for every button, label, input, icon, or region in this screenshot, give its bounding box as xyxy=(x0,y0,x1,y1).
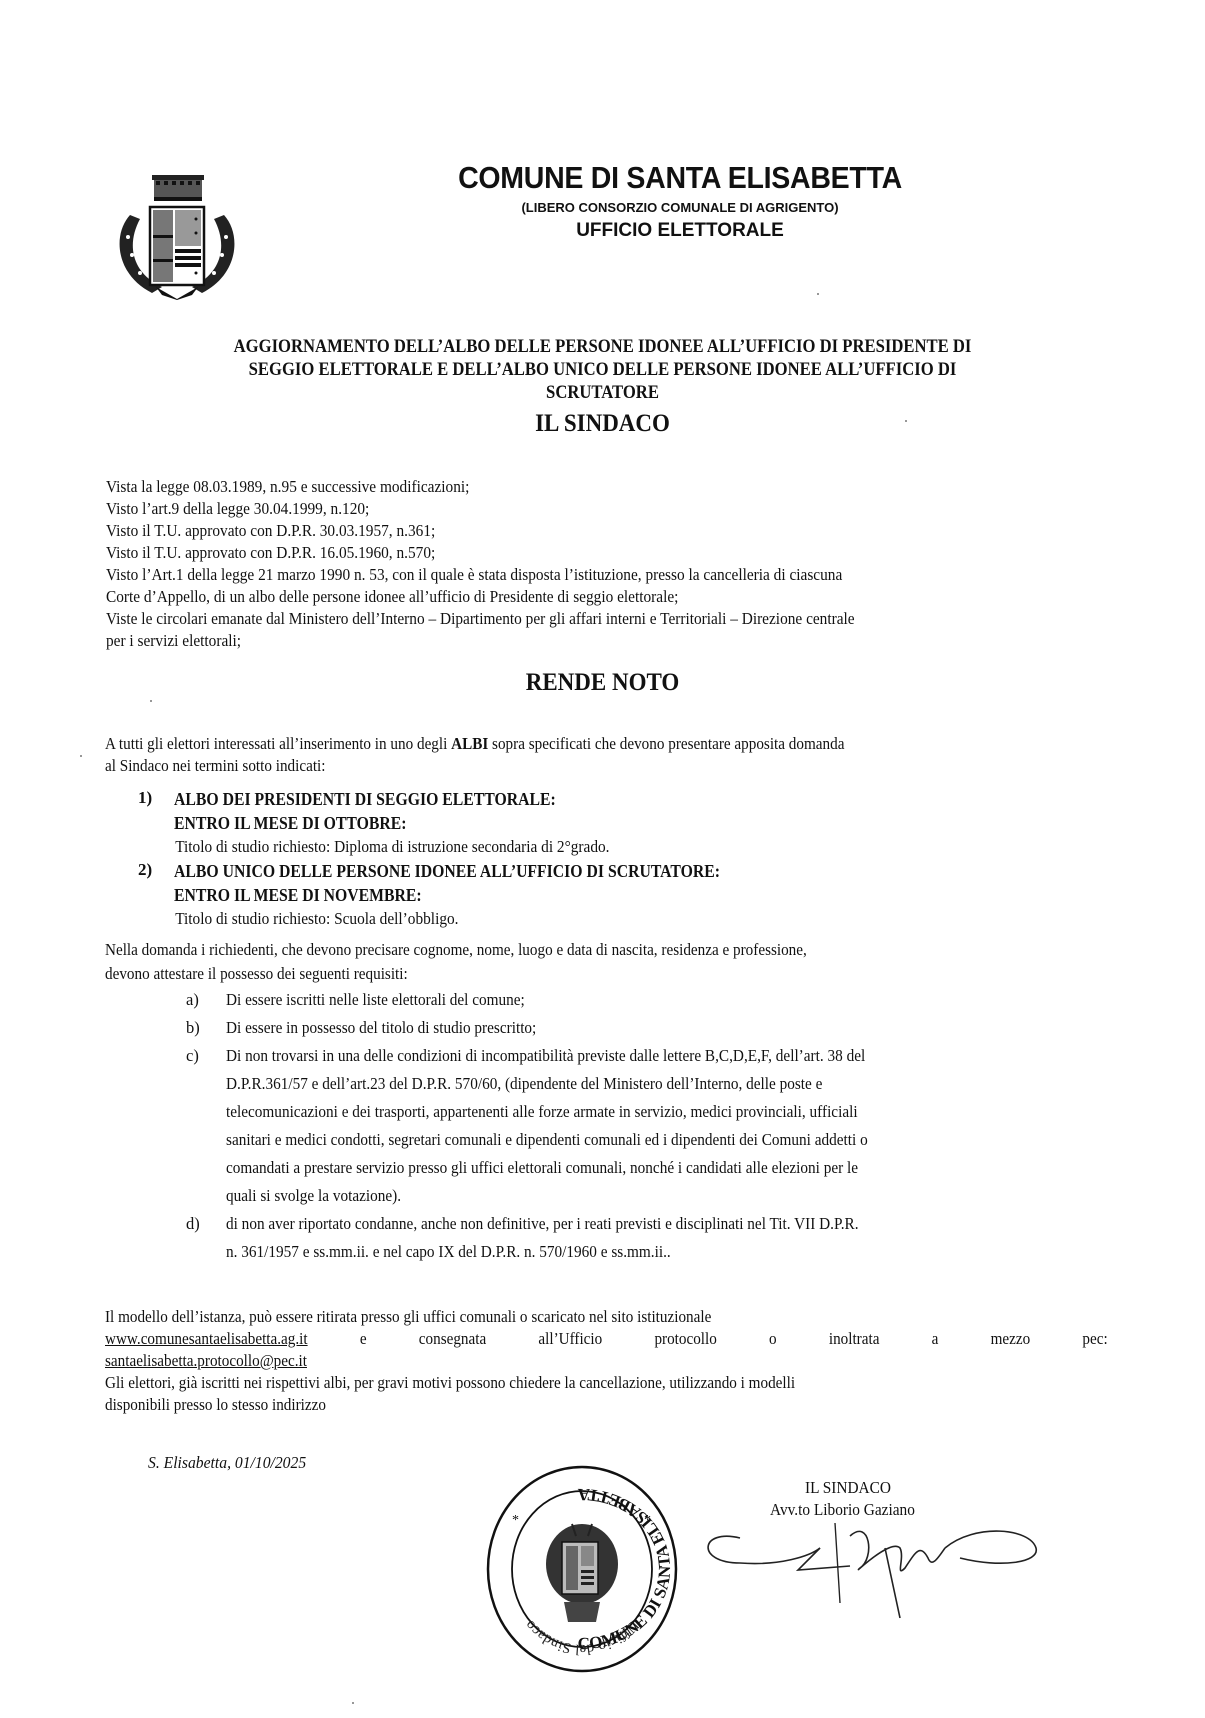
cancellation-line: disponibili presso lo stesso indirizzo xyxy=(105,1394,1034,1416)
instructions-line: santaelisabetta.protocollo@pec.it xyxy=(105,1350,1034,1372)
requirement-line: comandati a prestare servizio presso gli… xyxy=(226,1154,1049,1182)
scan-speck xyxy=(150,700,152,702)
scan-speck xyxy=(905,420,907,422)
instructions-word: all’Ufficio xyxy=(538,1328,602,1350)
svg-text:*: * xyxy=(512,1513,519,1528)
application-line: devono attestare il possesso dei seguent… xyxy=(105,962,1034,986)
requirement-line: Di non trovarsi in una delle condizioni … xyxy=(226,1042,1049,1070)
instructions-word: protocollo xyxy=(654,1328,716,1350)
premise-line: Corte d’Appello, di un albo delle person… xyxy=(106,586,1045,608)
notice-title-line: AGGIORNAMENTO DELL’ALBO DELLE PERSONE ID… xyxy=(168,336,1037,359)
requirement-line: Di essere in possesso del titolo di stud… xyxy=(226,1014,1049,1042)
handwritten-signature-icon xyxy=(700,1508,1040,1628)
premise-line: Visto il T.U. approvato con D.P.R. 16.05… xyxy=(106,542,1045,564)
requirements-list: a) Di essere iscritti nelle liste eletto… xyxy=(186,986,1116,1266)
albo-deadline: ENTRO IL MESE DI NOVEMBRE: xyxy=(138,883,1002,907)
albo-name: ALBO DEI PRESIDENTI DI SEGGIO ELETTORALE… xyxy=(138,787,1002,811)
instructions-word: consegnata xyxy=(419,1328,486,1350)
scan-speck xyxy=(817,293,819,295)
requirement-letter: d) xyxy=(186,1210,200,1238)
announcement-intro: A tutti gli elettori interessati all’ins… xyxy=(105,733,1115,777)
premise-line: Visto l’art.9 della legge 30.04.1999, n.… xyxy=(106,498,1045,520)
albi-list: 1) ALBO DEI PRESIDENTI DI SEGGIO ELETTOR… xyxy=(138,787,1098,931)
intro-line: al Sindaco nei termini sotto indicati: xyxy=(105,755,1034,777)
instructions-word: pec: xyxy=(1082,1328,1107,1350)
pec-email-link[interactable]: santaelisabetta.protocollo@pec.it xyxy=(105,1351,307,1370)
office-name: UFFICIO ELETTORALE xyxy=(330,220,1030,242)
requirement-item: b) Di essere in possesso del titolo di s… xyxy=(186,1014,1116,1042)
intro-line: A tutti gli elettori interessati all’ins… xyxy=(105,733,1034,755)
requirement-line: telecomunicazioni e dei trasporti, appar… xyxy=(226,1098,1049,1126)
requirement-line: sanitari e medici condotti, segretari co… xyxy=(226,1126,1049,1154)
scan-speck xyxy=(80,755,82,757)
premise-line: Visto il T.U. approvato con D.P.R. 30.03… xyxy=(106,520,1045,542)
instructions-word: e xyxy=(360,1328,367,1350)
instructions-line: Il modello dell’istanza, può essere riti… xyxy=(105,1306,1034,1328)
requirement-item: a) Di essere iscritti nelle liste eletto… xyxy=(186,986,1116,1014)
municipal-coat-of-arms-icon xyxy=(112,175,242,300)
requirement-item: c) Di non trovarsi in una delle condizio… xyxy=(186,1042,1116,1210)
document-page: COMUNE DI SANTA ELISABETTA (LIBERO CONSO… xyxy=(0,0,1205,1718)
svg-text:*: * xyxy=(644,1513,651,1528)
intro-text: sopra specificati che devono presentare … xyxy=(488,734,844,753)
notice-title: AGGIORNAMENTO DELL’ALBO DELLE PERSONE ID… xyxy=(120,336,1085,405)
requirement-line: di non aver riportato condanne, anche no… xyxy=(226,1210,1049,1238)
instructions-word: o xyxy=(769,1328,777,1350)
requirement-item: d) di non aver riportato condanne, anche… xyxy=(186,1210,1116,1266)
announcement-heading: RENDE NOTO xyxy=(159,669,1047,697)
requirement-line: n. 361/1957 e ss.mm.ii. e nel capo IX de… xyxy=(226,1238,1049,1266)
instructions-paragraph: Il modello dell’istanza, può essere riti… xyxy=(105,1306,1115,1416)
website-link[interactable]: www.comunesantaelisabetta.ag.it xyxy=(105,1328,308,1350)
issuer-heading: IL SINDACO xyxy=(159,410,1047,438)
consortium-name: (LIBERO CONSORZIO COMUNALE DI AGRIGENTO) xyxy=(330,200,1030,215)
instructions-word: a xyxy=(932,1328,939,1350)
albo-item: 2) ALBO UNICO DELLE PERSONE IDONEE ALL’U… xyxy=(138,859,1098,931)
requirement-line: Di essere iscritti nelle liste elettoral… xyxy=(226,986,1049,1014)
cancellation-line: Gli elettori, già iscritti nei rispettiv… xyxy=(105,1372,1034,1394)
premise-line: Vista la legge 08.03.1989, n.95 e succes… xyxy=(106,476,1045,498)
premise-line: per i servizi elettorali; xyxy=(106,630,1045,652)
application-paragraph: Nella domanda i richiedenti, che devono … xyxy=(105,938,1115,986)
albo-item: 1) ALBO DEI PRESIDENTI DI SEGGIO ELETTOR… xyxy=(138,787,1098,859)
intro-text: A tutti gli elettori interessati all’ins… xyxy=(105,734,451,753)
scan-speck xyxy=(352,1702,354,1704)
albo-requirement: Titolo di studio richiesto: Diploma di i… xyxy=(138,835,1031,859)
requirement-line: D.P.R.361/57 e dell’art.23 del D.P.R. 57… xyxy=(226,1070,1049,1098)
instructions-word: inoltrata xyxy=(829,1328,880,1350)
municipality-name: COMUNE DI SANTA ELISABETTA xyxy=(358,160,1002,196)
albi-emphasis: ALBI xyxy=(451,734,488,753)
requirement-letter: c) xyxy=(186,1042,199,1070)
albo-requirement: Titolo di studio richiesto: Scuola dell’… xyxy=(138,907,1031,931)
application-line: Nella domanda i richiedenti, che devono … xyxy=(105,938,1034,962)
legal-premises: Vista la legge 08.03.1989, n.95 e succes… xyxy=(106,476,1116,652)
requirement-line: quali si svolge la votazione). xyxy=(226,1182,1049,1210)
instructions-word: mezzo xyxy=(991,1328,1031,1350)
requirement-letter: b) xyxy=(186,1014,200,1042)
premise-line: Viste le circolari emanate dal Ministero… xyxy=(106,608,1045,630)
instructions-line: www.comunesantaelisabetta.ag.it e conseg… xyxy=(105,1328,1108,1350)
official-seal-icon: Ufficio del Sindaco COMUNE DI SANTA ELIS… xyxy=(484,1464,680,1674)
notice-title-line: SCRUTATORE xyxy=(168,382,1037,405)
place-date: S. Elisabetta, 01/10/2025 xyxy=(148,1453,306,1473)
albo-deadline: ENTRO IL MESE DI OTTOBRE: xyxy=(138,811,1002,835)
signatory-role: IL SINDACO xyxy=(805,1478,891,1498)
requirement-letter: a) xyxy=(186,986,199,1014)
premise-line: Visto l’Art.1 della legge 21 marzo 1990 … xyxy=(106,564,1045,586)
albo-name: ALBO UNICO DELLE PERSONE IDONEE ALL’UFFI… xyxy=(138,859,1002,883)
notice-title-line: SEGGIO ELETTORALE E DELL’ALBO UNICO DELL… xyxy=(168,359,1037,382)
